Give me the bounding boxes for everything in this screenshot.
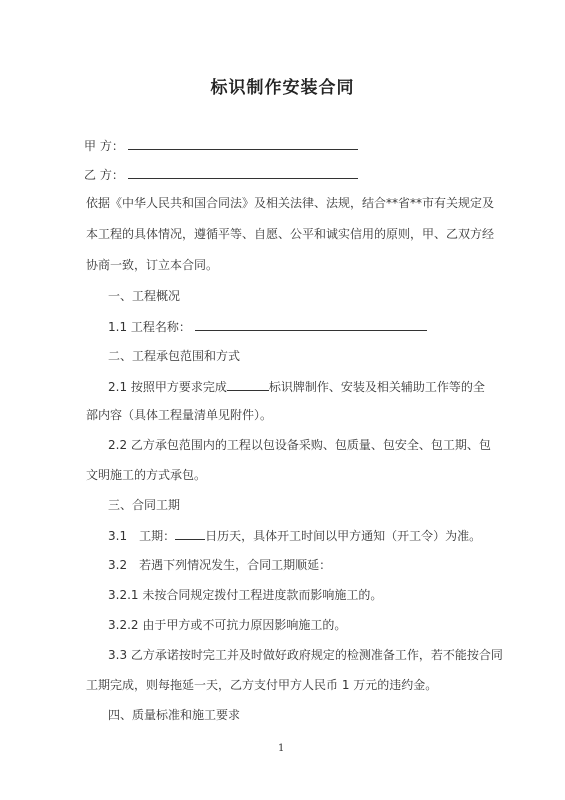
clause-2-2-cont: 文明施工的方式承包。 <box>86 467 206 483</box>
clause-1-1-label: 1.1 工程名称： <box>108 320 191 334</box>
section-2-heading: 二、工程承包范围和方式 <box>108 348 240 364</box>
party-b-blank <box>128 166 358 179</box>
section-4-heading: 四、质量标准和施工要求 <box>108 707 240 723</box>
clause-3-1-prefix: 3.1 工期： <box>108 529 175 543</box>
page-number: 1 <box>278 743 284 754</box>
clause-3-1: 3.1 工期：日历天，具体开工时间以甲方通知（开工令）为准。 <box>108 527 481 544</box>
section-3-heading: 三、合同工期 <box>108 497 180 513</box>
clause-2-1-cont: 部内容（具体工程量清单见附件）。 <box>86 407 272 423</box>
document-title: 标识制作安装合同 <box>0 73 565 98</box>
clause-3-1-suffix: 日历天，具体开工时间以甲方通知（开工令）为准。 <box>205 529 481 543</box>
party-b-line: 乙 方： <box>84 166 358 183</box>
clause-2-1-prefix: 2.1 按照甲方要求完成 <box>108 380 227 394</box>
clause-2-1-blank <box>227 378 269 391</box>
intro-line-1: 依据《中华人民共和国合同法》及相关法律、法规，结合**省**市有关规定及 <box>86 195 494 211</box>
duration-blank <box>175 527 205 540</box>
clause-2-1-suffix: 标识牌制作、安装及相关辅助工作等的全 <box>269 380 485 394</box>
section-1-heading: 一、工程概况 <box>108 288 180 304</box>
clause-3-2: 3.2 若遇下列情况发生，合同工期顺延： <box>108 557 331 573</box>
clause-2-1: 2.1 按照甲方要求完成标识牌制作、安装及相关辅助工作等的全 <box>108 378 485 395</box>
intro-line-3: 协商一致，订立本合同。 <box>86 257 218 273</box>
document-page: 标识制作安装合同 甲 方： 乙 方： 依据《中华人民共和国合同法》及相关法律、法… <box>0 0 565 800</box>
party-a-line: 甲 方： <box>84 137 358 154</box>
clause-2-2: 2.2 乙方承包范围内的工程以包设备采购、包质量、包安全、包工期、包 <box>108 437 491 453</box>
clause-3-2-2: 3.2.2 由于甲方或不可抗力原因影响施工的。 <box>108 617 346 633</box>
clause-3-2-1: 3.2.1 未按合同规定拨付工程进度款而影响施工的。 <box>108 587 382 603</box>
project-name-blank <box>195 318 427 331</box>
clause-3-3: 3.3 乙方承诺按时完工并及时做好政府规定的检测准备工作，若不能按合同 <box>108 647 503 663</box>
party-a-label: 甲 方： <box>84 139 124 153</box>
party-a-blank <box>128 137 358 150</box>
intro-line-2: 本工程的具体情况，遵循平等、自愿、公平和诚实信用的原则，甲、乙双方经 <box>86 226 494 242</box>
clause-1-1: 1.1 工程名称： <box>108 318 427 335</box>
clause-3-3-cont: 工期完成，则每拖延一天，乙方支付甲方人民币 1 万元的违约金。 <box>86 677 437 693</box>
party-b-label: 乙 方： <box>84 168 124 182</box>
